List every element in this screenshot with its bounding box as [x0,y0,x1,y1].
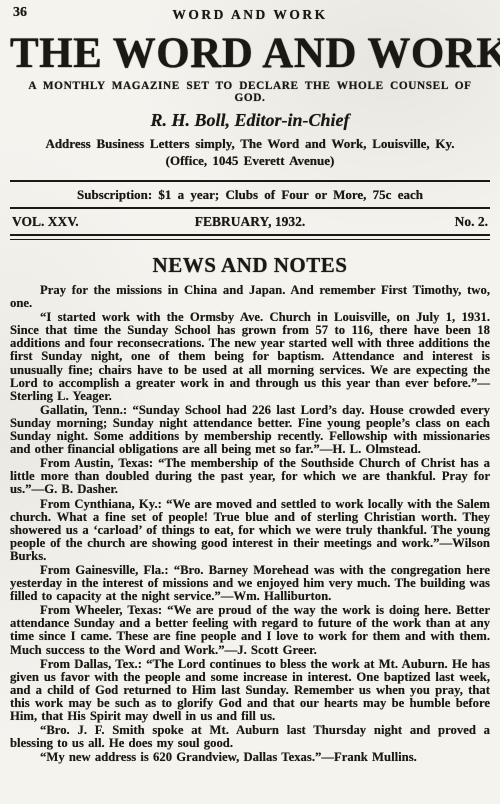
volume-label: VOL. XXV. [12,214,195,230]
magazine-tagline: A MONTHLY MAGAZINE SET TO DECLARE THE WH… [10,80,490,104]
paragraph-pray-missions: Pray for the missions in China and Japan… [10,284,490,310]
article-news-and-notes: NEWS AND NOTES Pray for the missions in … [10,253,490,764]
volume-issue-row: VOL. XXV. FEBRUARY, 1932. No. 2. [10,209,490,234]
divider-double [10,234,490,240]
paragraph-wheeler: From Wheeler, Texas: “We are proud of th… [10,604,490,656]
address-line-2: (Office, 1045 Everett Avenue) [10,153,490,169]
masthead: 36 WORD AND WORK THE WORD AND WORK A MON… [10,0,490,240]
issue-date: FEBRUARY, 1932. [195,214,305,230]
address-line-1: Address Business Letters simply, The Wor… [10,136,490,152]
editor-line: R. H. Boll, Editor-in-Chief [10,110,490,131]
page-number: 36 [13,5,27,21]
paragraph-gallatin: Gallatin, Tenn.: “Sunday School had 226 … [10,404,490,456]
section-heading: NEWS AND NOTES [10,253,490,278]
subscription-line: Subscription: $1 a year; Clubs of Four o… [10,182,490,207]
paragraph-smith: “Bro. J. F. Smith spoke at Mt. Auburn la… [10,724,490,750]
paragraph-dallas: From Dallas, Tex.: “The Lord continues t… [10,658,490,723]
paragraph-new-address: “My new address is 620 Grandview, Dallas… [10,751,490,764]
running-head-row: 36 WORD AND WORK [10,0,490,24]
paragraph-gainesville: From Gainesville, Fla.: “Bro. Barney Mor… [10,564,490,603]
running-head: WORD AND WORK [10,7,490,23]
issue-number: No. 2. [305,214,488,230]
paragraph-ormsby-ave: “I started work with the Ormsby Ave. Chu… [10,311,490,403]
magazine-page: 36 WORD AND WORK THE WORD AND WORK A MON… [0,0,500,804]
paragraph-austin: From Austin, Texas: “The membership of t… [10,457,490,496]
magazine-title: THE WORD AND WORK [10,31,490,76]
paragraph-cynthiana: From Cynthiana, Ky.: “We are moved and s… [10,498,490,563]
